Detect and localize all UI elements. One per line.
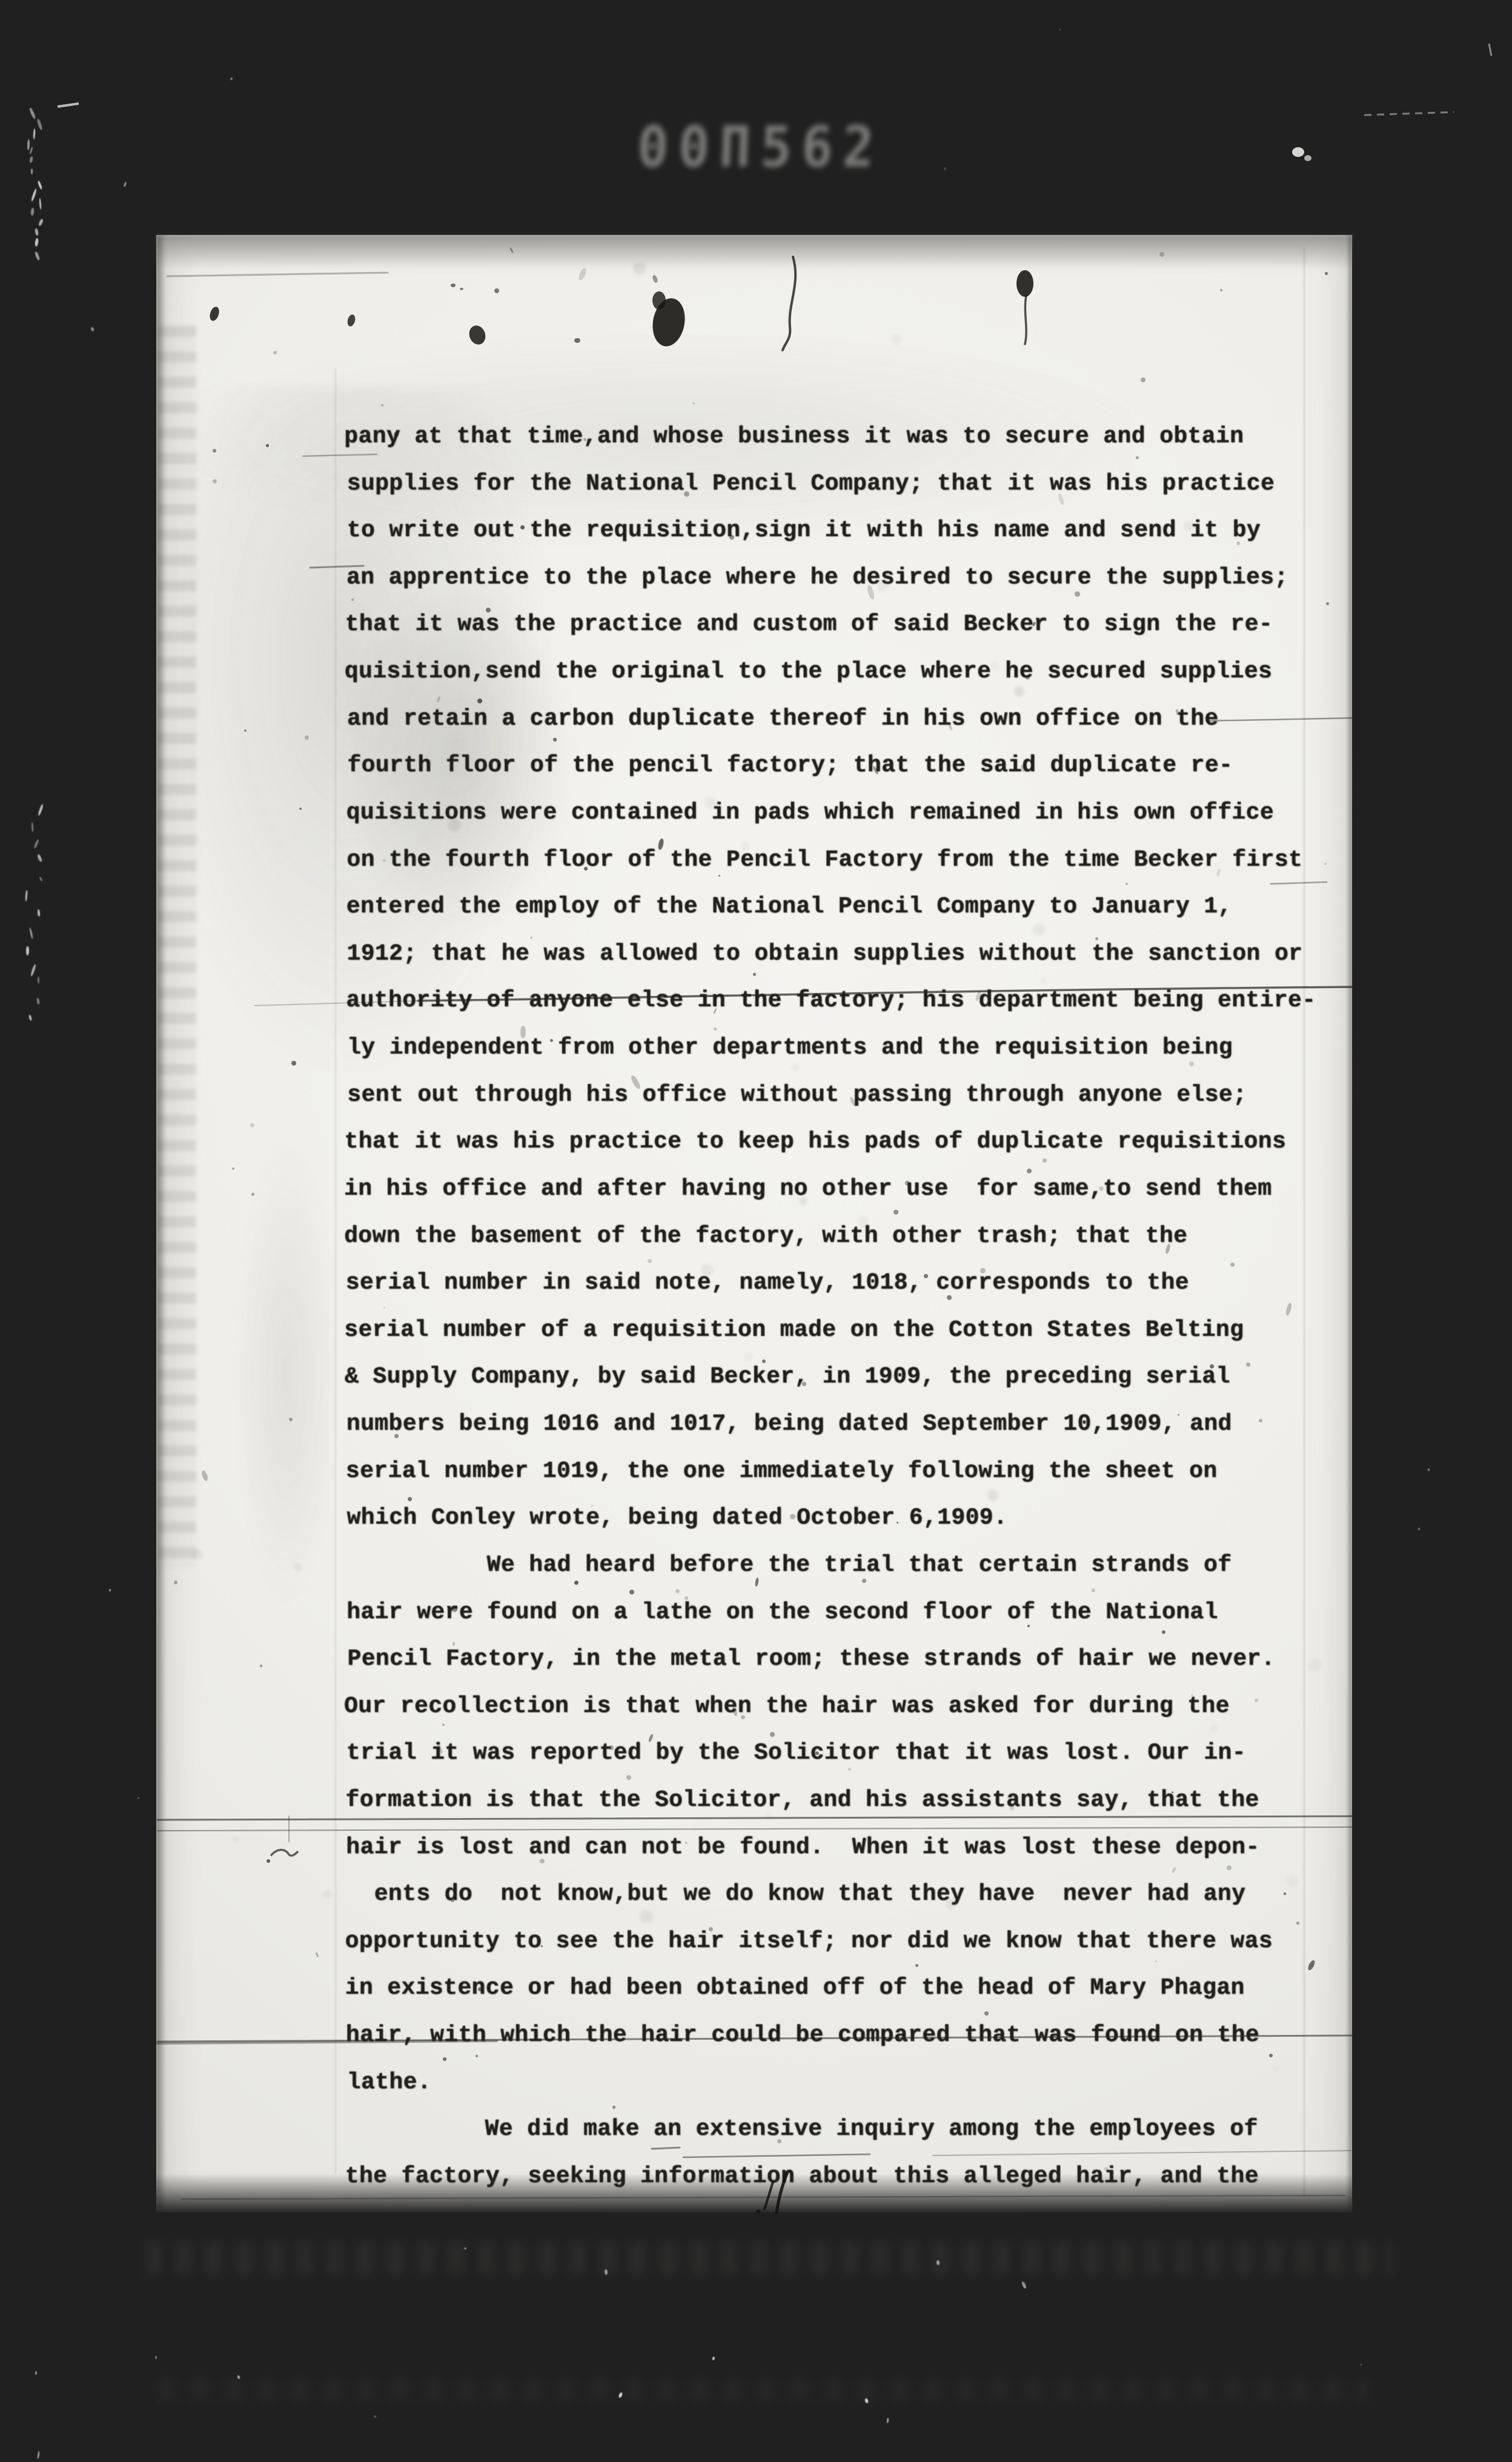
film-speck [1428, 1468, 1430, 1470]
typewritten-line: that it was his practice to keep his pad… [345, 1130, 1287, 1153]
film-speck [464, 2248, 466, 2249]
film-speck [864, 2398, 869, 2403]
film-speck [1059, 29, 1061, 30]
ghost-text-band [157, 2378, 1369, 2403]
film-edge-scratch [36, 119, 42, 130]
typewritten-line: down the basement of the factory, with o… [344, 1225, 1187, 1248]
microfilm-frame-number: 00Π562 [636, 119, 884, 176]
typewritten-line: entered the employ of the National Penci… [346, 895, 1232, 918]
film-edge-scratch [31, 208, 35, 216]
film-edge-scratch [35, 228, 39, 235]
film-speck [37, 2451, 40, 2459]
typewritten-line: ents do not know,but we do know that the… [346, 1883, 1245, 1906]
film-edge-scratch [33, 128, 35, 140]
typewritten-line: serial number 1019, the one immediately … [346, 1460, 1218, 1483]
typewritten-line: hair is lost and can not be found. When … [346, 1836, 1259, 1859]
film-edge-scratch [28, 1014, 32, 1021]
film-speck [944, 167, 946, 170]
typewritten-line: Our recollection is that when the hair w… [344, 1695, 1230, 1718]
typewritten-line: quisition,send the original to the place… [345, 660, 1272, 683]
typewritten-line: an apprentice to the place where he desi… [346, 566, 1288, 589]
typewritten-line: lathe. [347, 2071, 431, 2094]
typewritten-line: pany at that time,and whose business it … [344, 425, 1244, 448]
film-edge-scratch [36, 998, 41, 1005]
film-edge-scratch [38, 218, 43, 226]
document-page: pany at that time,and whose business it … [156, 235, 1352, 2212]
film-speck [237, 2375, 240, 2380]
film-edge-scratch [38, 977, 39, 984]
typewritten-line: fourth floor of the pencil factory; that… [347, 754, 1233, 777]
typewritten-line: 1912; that he was allowed to obtain supp… [347, 943, 1303, 966]
typewritten-line: ly independent from other departments an… [347, 1037, 1233, 1060]
film-edge-scratch [25, 890, 28, 901]
film-speck [138, 1797, 140, 1799]
film-edge-scratch [31, 821, 34, 831]
typewritten-line: on the fourth floor of the Pencil Factor… [346, 849, 1302, 872]
film-speck [712, 2357, 715, 2361]
typewritten-line: which Conley wrote, being dated October … [347, 1507, 1008, 1530]
film-edge-scratch [38, 909, 41, 917]
film-edge-scratch [37, 854, 42, 862]
film-edge-scratch [35, 251, 41, 260]
film-speck [109, 1589, 111, 1591]
film-speck [1021, 2281, 1027, 2289]
typewritten-line: to write out the requisition,sign it wit… [347, 519, 1261, 542]
typewritten-line: quisitions were contained in pads which … [346, 801, 1274, 825]
typewritten-line: Pencil Factory, in the metal room; these… [348, 1648, 1275, 1671]
typewritten-line: & Supply Company, by said Becker, in 190… [345, 1365, 1230, 1389]
typewritten-line: hair were found on a lathe on the second… [346, 1601, 1218, 1624]
typewritten-line: We did make an extensive inquiry among t… [345, 2118, 1258, 2141]
film-edge-scratch [39, 877, 42, 882]
film-edge-scratch [35, 238, 39, 247]
typewritten-line: and retain a carbon duplicate thereof in… [347, 708, 1219, 731]
typewritten-line: serial number in said note, namely, 1018… [346, 1272, 1189, 1295]
film-edge-scratch [29, 147, 33, 155]
film-edge-scratch [29, 156, 33, 163]
film-edge-scratch [30, 188, 37, 202]
film-edge-scratch [38, 804, 44, 817]
typewritten-line: serial number of a requisition made on t… [344, 1319, 1244, 1342]
typewritten-line: opportunity to see the hair itself; nor … [345, 1930, 1273, 1953]
film-edge-scratch [29, 107, 36, 119]
film-speck [230, 78, 233, 80]
typewritten-line: hair, with which the hair could be compa… [346, 2024, 1259, 2047]
typewritten-line: formation is that the Solicitor, and his… [346, 1789, 1259, 1812]
typewritten-line: supplies for the National Pencil Company… [347, 473, 1275, 496]
film-speck [937, 2260, 940, 2266]
film-speck [35, 2371, 37, 2375]
typewritten-line: trial it was reported by the Solicitor t… [346, 1742, 1246, 1765]
film-speck [374, 2415, 376, 2418]
typewritten-line: We had heard before the trial that certa… [346, 1554, 1232, 1577]
film-edge-scratch [30, 964, 37, 977]
film-speck [90, 327, 94, 331]
page-bottom-edge-shade [156, 2174, 1352, 2212]
typewritten-text-block: pany at that time,and whose business it … [156, 235, 1352, 2212]
ghost-text-band [145, 2241, 1393, 2275]
film-edge-scratch [38, 180, 43, 190]
film-speck [124, 182, 127, 187]
film-speck [155, 2356, 157, 2359]
typewritten-line: that it was the practice and custom of s… [345, 613, 1273, 636]
film-speck [605, 2269, 608, 2275]
film-edge-scratch [39, 198, 42, 210]
film-speck [1418, 1528, 1420, 1530]
film-edge-scratch [28, 927, 33, 939]
typewritten-line: numbers being 1016 and 1017, being dated… [346, 1413, 1232, 1436]
film-speck [887, 2418, 889, 2423]
film-edge-scratch [27, 139, 30, 150]
film-edge-scratch [31, 168, 33, 174]
typewritten-line: in existence or had been obtained off of… [345, 1977, 1245, 2000]
typewritten-line: sent out through his office without pass… [347, 1084, 1247, 1107]
film-edge-scratch [33, 839, 39, 849]
typewritten-line: in his office and after having no other … [344, 1178, 1272, 1201]
film-speck [1361, 2364, 1362, 2366]
typewritten-line: authority of anyone else in the factory;… [346, 989, 1316, 1012]
film-edge-scratch [26, 946, 29, 955]
microfilm-frame: 00Π562 pany at that time,and whose busin… [0, 0, 1512, 2462]
film-speck [618, 2392, 623, 2398]
